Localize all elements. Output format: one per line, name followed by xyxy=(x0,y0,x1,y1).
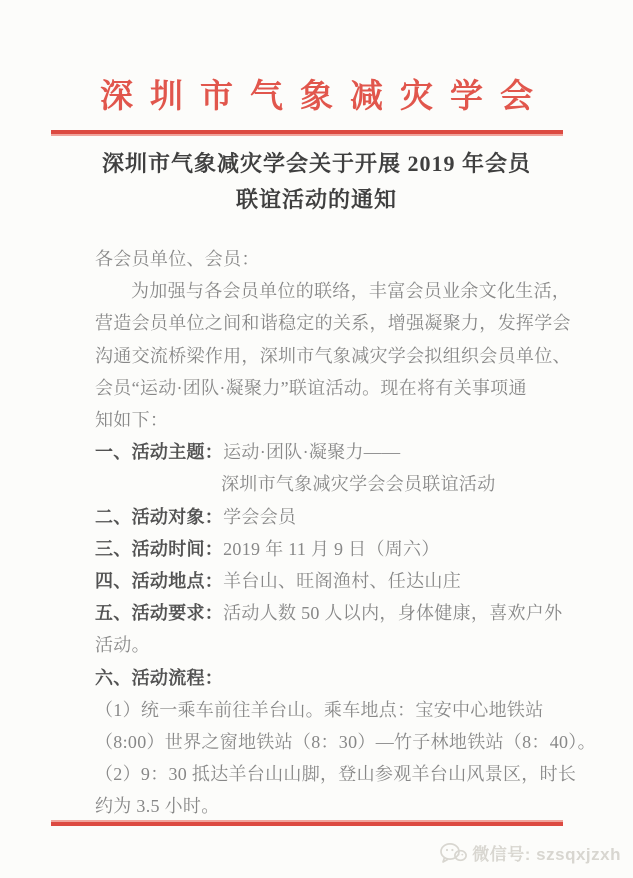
item-target-value: 学会会员 xyxy=(223,507,296,527)
wechat-id-text: 微信号: szsqxjzxh xyxy=(472,840,621,865)
item-requirement-value: 活动人数 50 人以内，身体健康，喜欢户外 xyxy=(223,603,562,623)
document-title-line1: 深圳市气象减灾学会关于开展 2019 年会员 xyxy=(102,151,531,176)
item-theme: 一、活动主题：运动·团队·凝聚力—— xyxy=(95,436,551,468)
letterhead-org-name: 深圳市气象减灾学会 xyxy=(0,70,633,117)
header-red-rule xyxy=(51,130,563,136)
intro-line: 沟通交流桥梁作用，深圳市气象减灾学会拟组织会员单位、 xyxy=(95,340,551,372)
item-place: 四、活动地点：羊台山、旺阁渔村、任达山庄 xyxy=(95,565,551,597)
scanned-notice-page: 深圳市气象减灾学会 深圳市气象减灾学会关于开展 2019 年会员 联谊活动的通知… xyxy=(0,0,633,878)
item-theme-continuation: 深圳市气象减灾学会会员联谊活动 xyxy=(95,468,551,500)
salutation: 各会员单位、会员： xyxy=(95,243,551,275)
item-time-label: 三、活动时间： xyxy=(95,539,223,559)
document-title: 深圳市气象减灾学会关于开展 2019 年会员 联谊活动的通知 xyxy=(0,146,633,218)
flow-line: （2）9：30 抵达羊台山山脚，登山参观羊台山风景区，时长 xyxy=(95,758,551,790)
item-theme-value: 运动·团队·凝聚力—— xyxy=(223,442,400,462)
item-flow-label: 六、活动流程： xyxy=(95,668,223,688)
item-requirement-continuation: 活动。 xyxy=(95,629,551,661)
intro-line: 营造会员单位之间和谐稳定的关系，增强凝聚力，发挥学会 xyxy=(95,307,551,339)
flow-line: （8:00）世界之窗地铁站（8：30）—竹子林地铁站（8：40）。 xyxy=(95,726,551,758)
item-requirement-label: 五、活动要求： xyxy=(95,603,223,623)
document-body: 各会员单位、会员： 为加强与各会员单位的联络，丰富会员业余文化生活， 营造会员单… xyxy=(95,243,551,823)
item-target-label: 二、活动对象： xyxy=(95,507,223,527)
item-place-label: 四、活动地点： xyxy=(95,571,223,591)
wechat-watermark: 微信号: szsqxjzxh xyxy=(440,840,621,865)
wechat-icon xyxy=(440,842,467,864)
item-time: 三、活动时间：2019 年 11 月 9 日（周六） xyxy=(95,533,551,565)
flow-line: 约为 3.5 小时。 xyxy=(95,790,551,822)
item-requirement: 五、活动要求：活动人数 50 人以内，身体健康，喜欢户外 xyxy=(95,597,551,629)
intro-line: 为加强与各会员单位的联络，丰富会员业余文化生活， xyxy=(95,275,551,307)
flow-line: （1）统一乘车前往羊台山。乘车地点：宝安中心地铁站 xyxy=(95,694,551,726)
item-theme-label: 一、活动主题： xyxy=(95,442,223,462)
intro-line: 知如下： xyxy=(95,404,551,436)
item-place-value: 羊台山、旺阁渔村、任达山庄 xyxy=(223,571,461,591)
document-title-line2: 联谊活动的通知 xyxy=(236,187,397,212)
item-target: 二、活动对象：学会会员 xyxy=(95,501,551,533)
item-flow: 六、活动流程： xyxy=(95,662,551,694)
footer-red-rule xyxy=(51,820,563,826)
intro-line: 会员“运动·团队·凝聚力”联谊活动。现在将有关事项通 xyxy=(95,372,551,404)
item-time-value: 2019 年 11 月 9 日（周六） xyxy=(223,539,440,559)
